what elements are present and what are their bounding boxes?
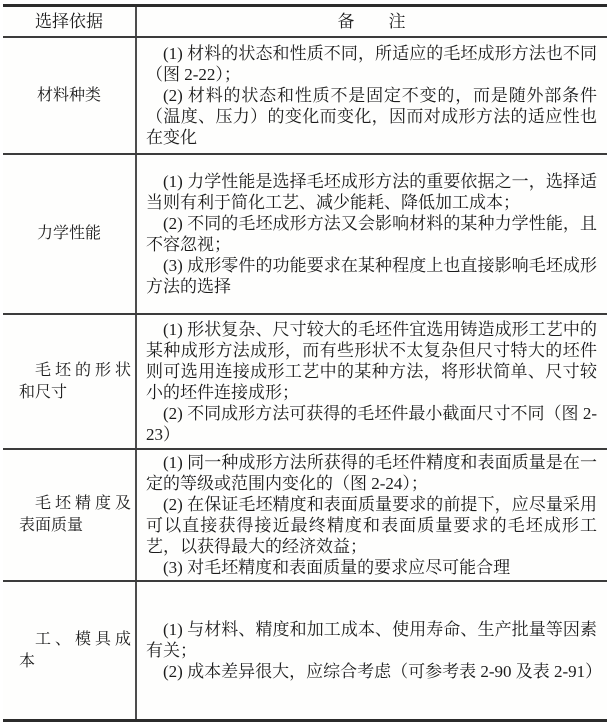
row-label-line: 表面质量	[3, 515, 135, 537]
row-remarks: (1) 力学性能是选择毛坯成形方法的重要依据之一，选择适当则有利于简化工艺、减少…	[137, 155, 607, 313]
remark-item: (2) 不同成形方法可获得的毛坯件最小截面尺寸不同（图 2-23）	[146, 403, 597, 445]
remark-item: (2) 在保证毛坯精度和表面质量要求的前提下，应尽量采用可以直接获得接近最终精度…	[146, 494, 597, 557]
remark-item: (3) 对毛坯精度和表面质量的要求应尽可能合理	[146, 557, 597, 578]
row-label: 材料种类	[3, 38, 137, 153]
row-label: 力学性能	[3, 155, 137, 313]
row-remarks: (1) 材料的状态和性质不同，所适应的毛坯成形方法也不同（图 2-22）； (2…	[137, 38, 607, 153]
remark-item: (3) 成形零件的功能要求在某种程度上也直接影响毛坯成形方法的选择	[146, 255, 597, 297]
row-label-line: 和尺寸	[3, 382, 135, 404]
remark-item: (2) 成本差异很大，应综合考虑（可参考表 2-90 及表 2-91）	[146, 661, 597, 682]
remark-item: (1) 形状复杂、尺寸较大的毛坯件宜选用铸造成形工艺中的某种成形方法成形，而有些…	[146, 319, 597, 403]
row-label-line: 毛坯精度及	[3, 493, 135, 515]
remark-item: (1) 力学性能是选择毛坯成形方法的重要依据之一，选择适当则有利于简化工艺、减少…	[146, 171, 597, 213]
row-remarks: (1) 同一种成形方法所获得的毛坯件精度和表面质量是在一定的等级或范围内变化的（…	[137, 450, 607, 580]
table-row-material-type: 材料种类 (1) 材料的状态和性质不同，所适应的毛坯成形方法也不同（图 2-22…	[3, 36, 607, 153]
row-label-line: 工、模具成	[3, 629, 135, 651]
table-row-mechanical-properties: 力学性能 (1) 力学性能是选择毛坯成形方法的重要依据之一，选择适当则有利于简化…	[3, 153, 607, 313]
table-row-blank-precision-surface: 毛坯精度及 表面质量 (1) 同一种成形方法所获得的毛坯件精度和表面质量是在一定…	[3, 448, 607, 580]
blank-forming-selection-table: 选择依据 备 注 材料种类 (1) 材料的状态和性质不同，所适应的毛坯成形方法也…	[3, 4, 607, 722]
row-remarks: (1) 形状复杂、尺寸较大的毛坯件宜选用铸造成形工艺中的某种成形方法成形，而有些…	[137, 315, 607, 448]
row-label-line: 力学性能	[3, 223, 135, 245]
header-label-selection-basis: 选择依据	[3, 12, 135, 32]
table-row-blank-shape-size: 毛坯的形状 和尺寸 (1) 形状复杂、尺寸较大的毛坯件宜选用铸造成形工艺中的某种…	[3, 313, 607, 448]
remark-item: (1) 同一种成形方法所获得的毛坯件精度和表面质量是在一定的等级或范围内变化的（…	[146, 452, 597, 494]
row-label-line: 材料种类	[3, 85, 135, 107]
header-cell-remarks: 备 注	[137, 7, 607, 36]
row-label: 毛坯精度及 表面质量	[3, 450, 137, 580]
row-label: 毛坯的形状 和尺寸	[3, 315, 137, 448]
row-label-line: 本	[3, 651, 135, 673]
table-row-tooling-die-cost: 工、模具成 本 (1) 与材料、精度和加工成本、使用寿命、生产批量等因素有关； …	[3, 580, 607, 719]
remark-item: (2) 材料的状态和性质不是固定不变的，而是随外部条件（温度、压力）的变化而变化…	[146, 85, 597, 148]
remark-item: (1) 材料的状态和性质不同，所适应的毛坯成形方法也不同（图 2-22）；	[146, 43, 597, 85]
table-header-row: 选择依据 备 注	[3, 7, 607, 36]
row-label: 工、模具成 本	[3, 582, 137, 719]
header-cell-selection-basis: 选择依据	[3, 7, 137, 36]
header-label-remarks: 备 注	[146, 12, 597, 32]
row-remarks: (1) 与材料、精度和加工成本、使用寿命、生产批量等因素有关； (2) 成本差异…	[137, 582, 607, 719]
row-label-line: 毛坯的形状	[3, 360, 135, 382]
remark-item: (2) 不同的毛坯成形方法又会影响材料的某种力学性能，且不容忽视；	[146, 213, 597, 255]
remark-item: (1) 与材料、精度和加工成本、使用寿命、生产批量等因素有关；	[146, 619, 597, 661]
